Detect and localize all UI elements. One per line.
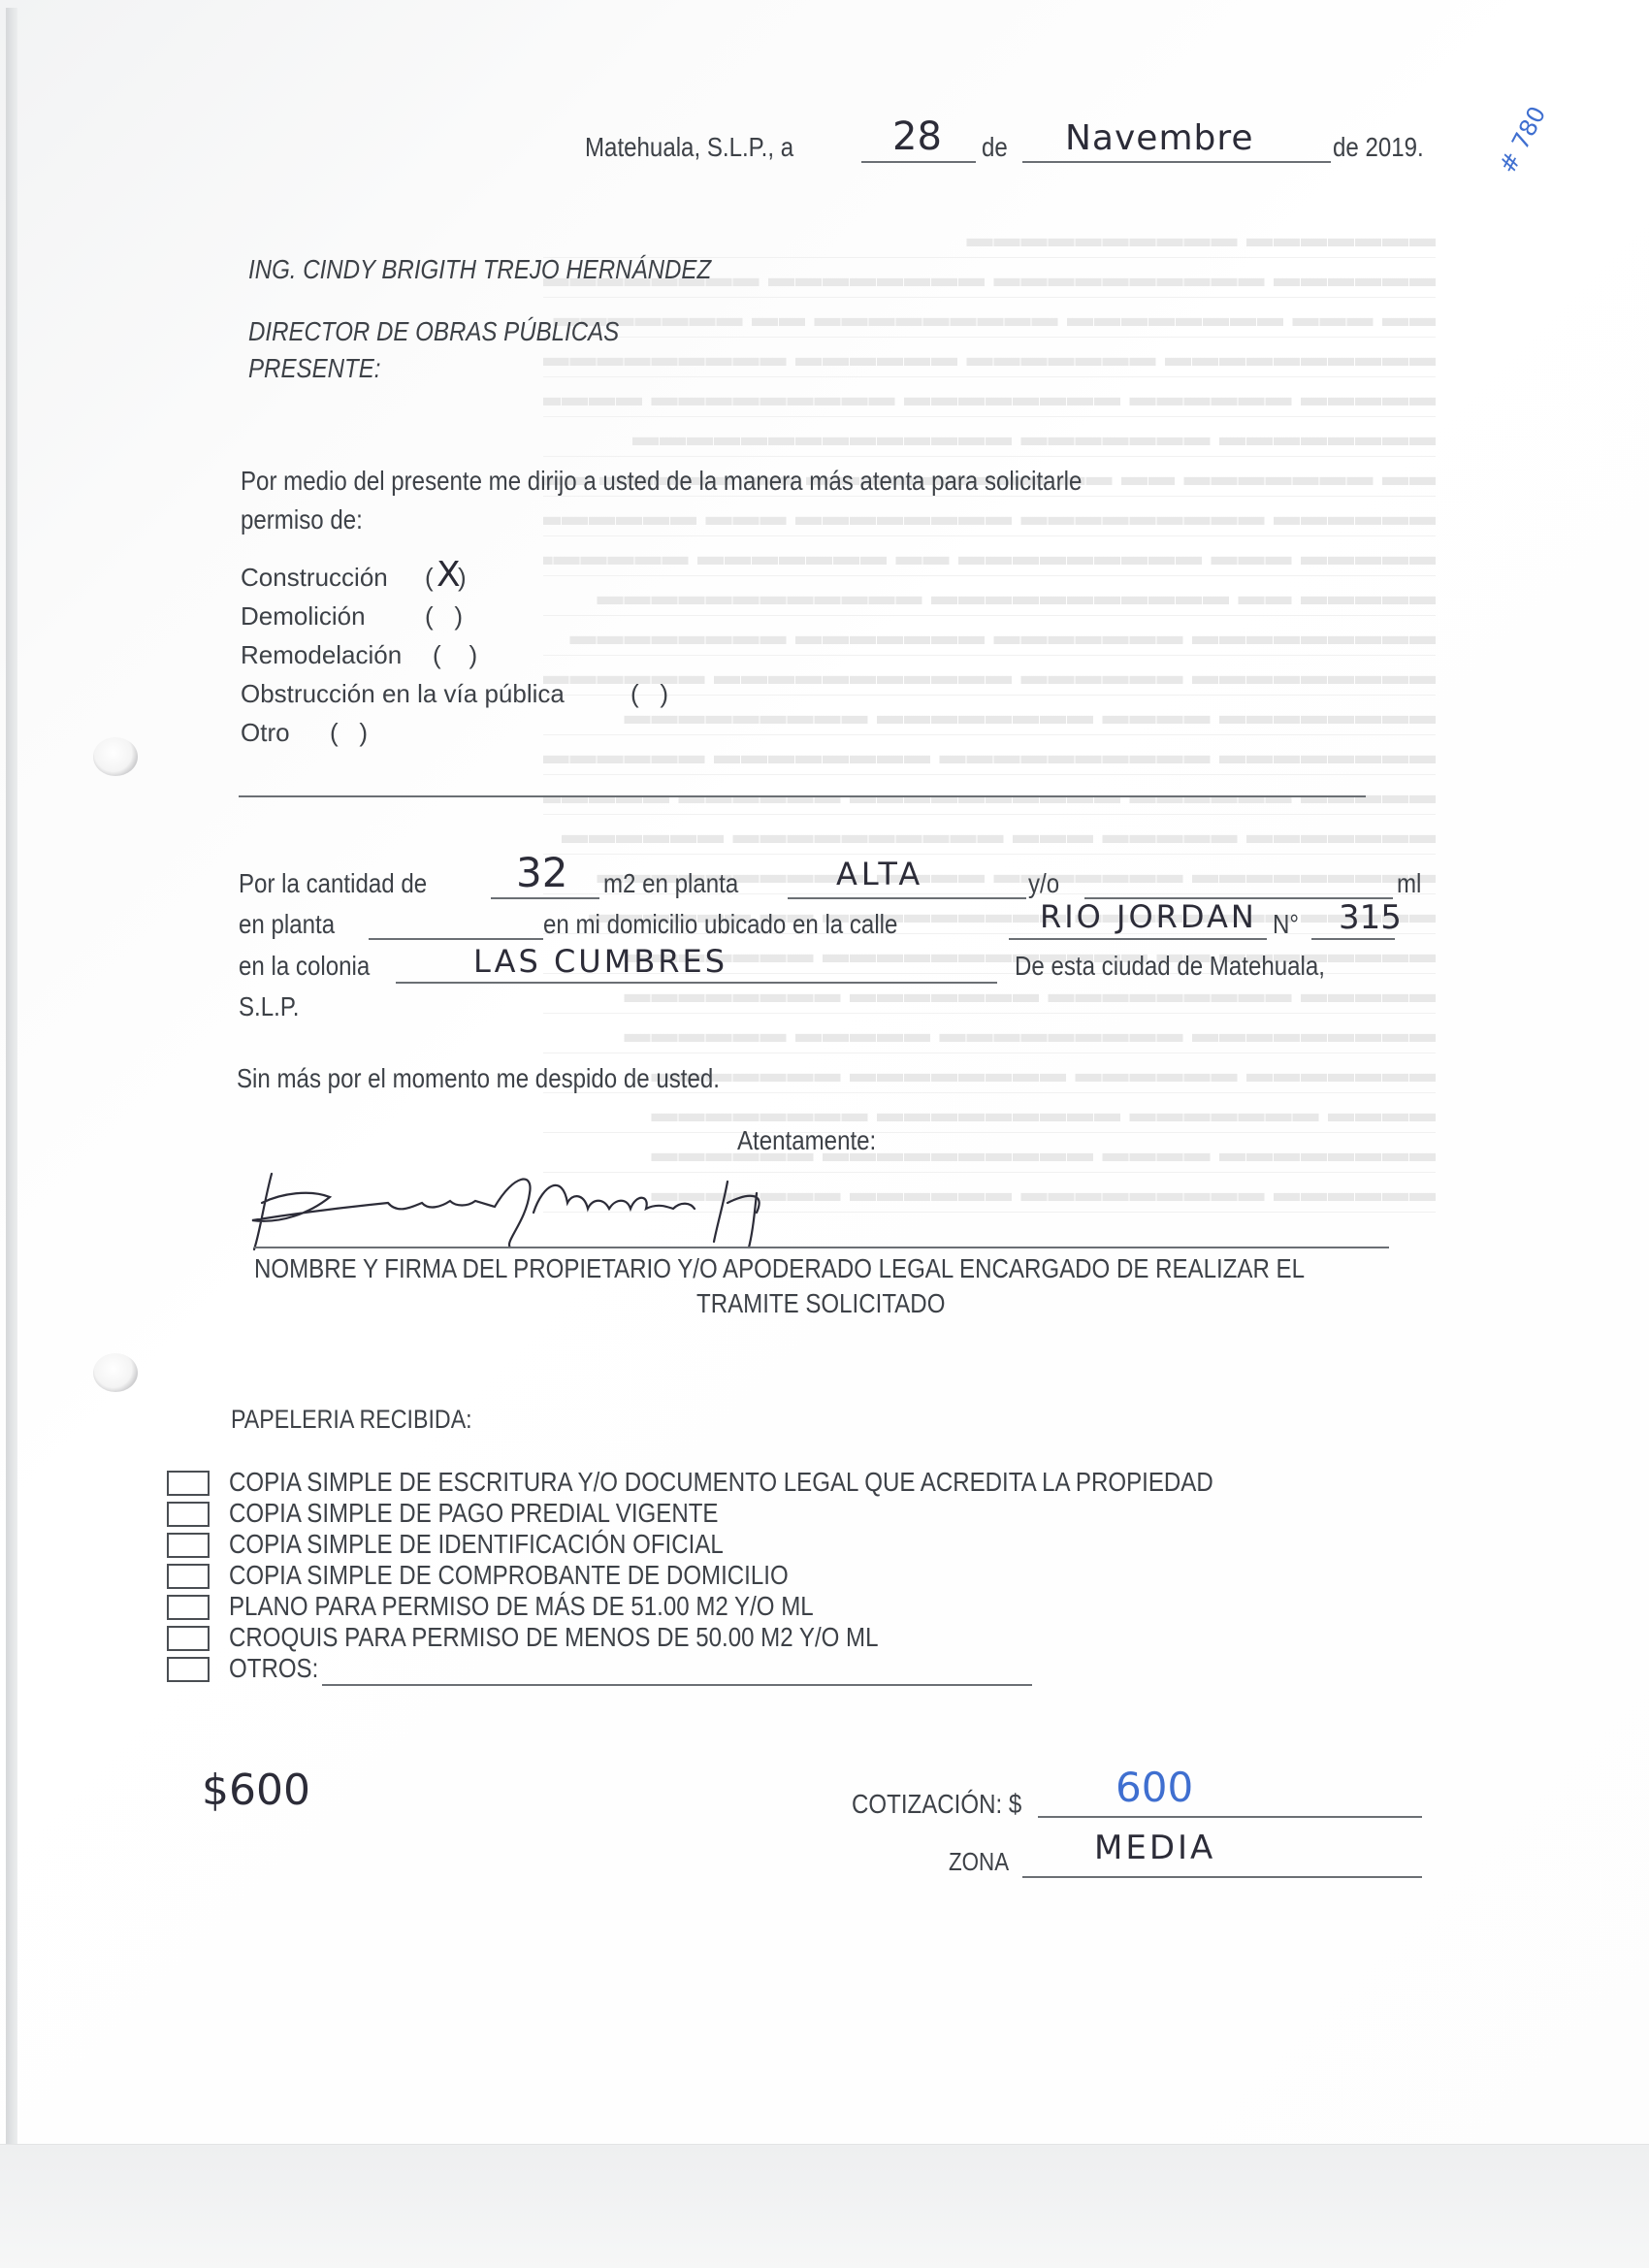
street-value[interactable]: RIO JORDAN [1040,898,1257,935]
otro-specify-line[interactable] [239,795,1366,797]
quantity-value[interactable]: 32 [516,849,567,896]
empty-parens[interactable]: ( ) [630,679,668,709]
paren-close: ) [458,563,467,593]
recipient-salutation: PRESENTE: [248,353,380,384]
papeleria-item-label: COPIA SIMPLE DE COMPROBANTE DE DOMICILIO [229,1560,789,1591]
colonia-value[interactable]: LAS CUMBRES [473,943,727,980]
permit-type-label: Otro [241,718,290,748]
papeleria-item-label: OTROS: [229,1653,318,1684]
checkbox[interactable] [167,1626,210,1651]
empty-parens[interactable]: ( ) [433,640,477,670]
planta-underline [788,897,1026,899]
farewell-text: Sin más por el momento me despido de ust… [237,1063,720,1094]
month-underline [1022,161,1331,163]
signature-caption-line-1: NOMBRE Y FIRMA DEL PROPIETARIO Y/O APODE… [254,1253,1305,1284]
en-planta-underline[interactable] [369,938,543,940]
checkbox[interactable] [167,1471,210,1496]
papeleria-item-label: COPIA SIMPLE DE IDENTIFICACIÓN OFICIAL [229,1529,724,1560]
month-value[interactable]: Navembre [1065,118,1254,158]
checkbox[interactable] [167,1564,210,1589]
papeleria-heading: PAPELERIA RECIBIDA: [231,1405,472,1435]
colonia-underline [396,982,997,984]
check-mark-x[interactable]: X [436,555,461,595]
checkbox[interactable] [167,1657,210,1682]
margin-note: # 780 [1494,102,1551,178]
street-underline [1009,938,1267,940]
permit-type-label: Obstrucción en la vía pública [241,679,565,709]
papeleria-item-label: CROQUIS PARA PERMISO DE MENOS DE 50.00 M… [229,1622,879,1653]
cotizacion-value[interactable]: 600 [1115,1764,1193,1811]
page-bottom-edge [0,2144,1649,2268]
empty-parens[interactable]: ( ) [425,601,463,632]
zona-underline [1022,1876,1422,1878]
empty-parens[interactable]: ( ) [330,718,368,748]
zona-value[interactable]: MEDIA [1094,1829,1215,1867]
yo-label: y/o [1028,868,1059,899]
permit-type-label: Construcción [241,563,388,593]
otros-underline[interactable] [322,1684,1032,1686]
place-prefix: Matehuala, S.L.P., a [585,132,793,163]
permit-type-label: Remodelación [241,640,402,670]
checkbox[interactable] [167,1595,210,1620]
signature-caption-line-2: TRAMITE SOLICITADO [696,1288,945,1319]
atentamente-label: Atentamente: [737,1125,876,1156]
checkbox[interactable] [167,1533,210,1558]
ml-label: ml [1397,868,1421,899]
zona-label: ZONA [949,1847,1009,1877]
recipient-name: ING. CINDY BRIGITH TREJO HERNÁNDEZ [248,254,711,285]
m2-planta-label: m2 en planta [603,868,738,899]
state-label: S.L.P. [239,991,299,1022]
quantity-underline [491,897,599,899]
day-underline [861,161,976,163]
papeleria-item-label: PLANO PARA PERMISO DE MÁS DE 51.00 M2 Y/… [229,1591,814,1622]
permit-type-label: Demolición [241,601,366,632]
number-label: N° [1273,909,1299,940]
quantity-label: Por la cantidad de [239,868,427,899]
intro-line-2: permiso de: [241,504,363,535]
recipient-title: DIRECTOR DE OBRAS PÚBLICAS [248,316,619,347]
paren-open: ( [425,563,434,593]
cotizacion-underline [1038,1816,1422,1818]
number-underline [1311,938,1395,940]
punch-hole-bottom [93,1353,138,1392]
domicilio-label: en mi domicilio ubicado en la calle [543,909,897,940]
year-suffix: de 2019. [1333,132,1424,163]
number-value[interactable]: 315 [1339,898,1402,937]
cotizacion-label: COTIZACIÓN: $ [852,1789,1021,1820]
page-left-edge [6,8,17,2249]
day-value[interactable]: 28 [892,114,942,159]
punch-hole-top [93,737,138,776]
de-label: de [982,132,1008,163]
city-label: De esta ciudad de Matehuala, [1015,951,1325,982]
scanned-page: ▬▬▬▬▬▬▬ ▬▬▬▬▬▬▬▬▬▬ ▬▬▬▬▬▬ ▬▬▬▬▬▬▬▬▬▬ ▬▬▬… [0,0,1649,2268]
intro-line-1: Por medio del presente me dirijo a usted… [241,466,1082,497]
signature-line[interactable] [254,1247,1389,1248]
papeleria-item-label: COPIA SIMPLE DE ESCRITURA Y/O DOCUMENTO … [229,1467,1213,1498]
checkbox[interactable] [167,1502,210,1527]
handwritten-amount: $600 [202,1766,310,1815]
papeleria-item-label: COPIA SIMPLE DE PAGO PREDIAL VIGENTE [229,1498,718,1529]
signature [242,1164,863,1251]
en-planta-label: en planta [239,909,335,940]
planta-value[interactable]: ALTA [836,856,923,892]
colonia-label: en la colonia [239,951,370,982]
